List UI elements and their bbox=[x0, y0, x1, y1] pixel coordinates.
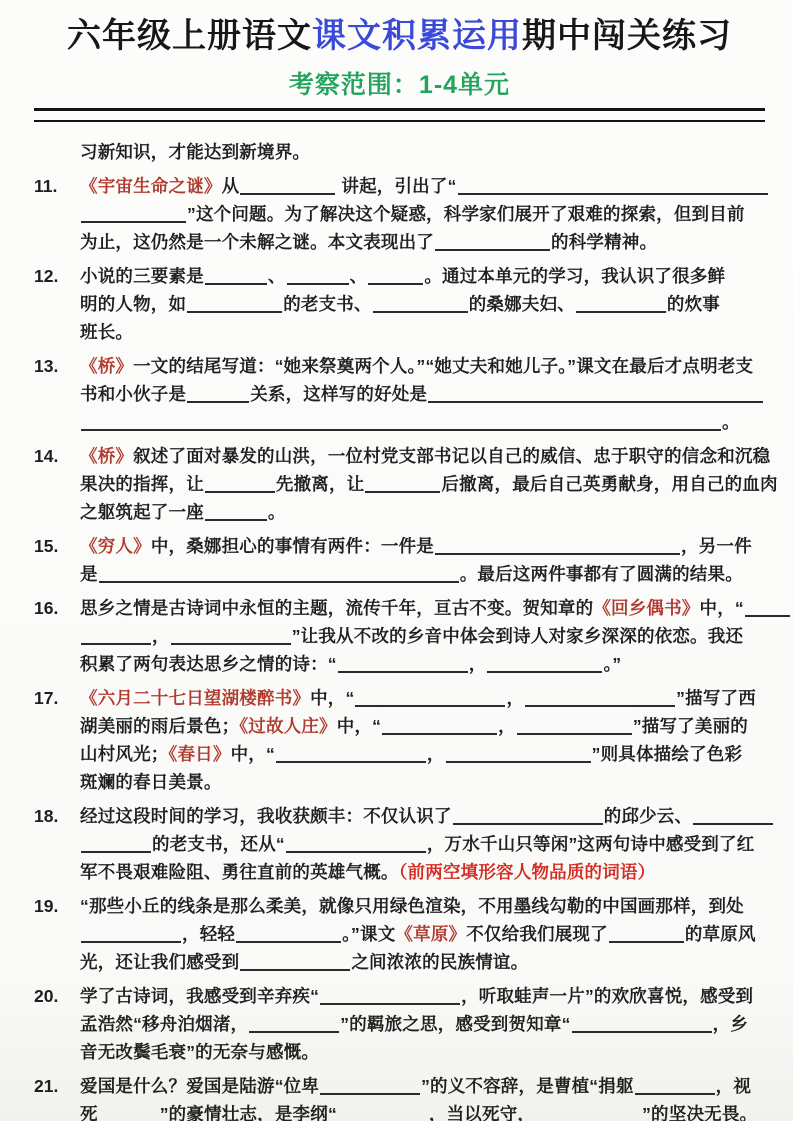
question-text: ，另一件 bbox=[681, 536, 752, 556]
fill-blank bbox=[320, 988, 460, 1005]
question-body: “那些小丘的线条是那么柔美，就像只用绿色渲染，不用墨线勾勒的中国画那样，到处，轻… bbox=[80, 892, 769, 976]
note-text: （前两空填形容人物品质的词语） bbox=[399, 862, 656, 882]
question-line: 书和小伙子是关系，这样写的好处是 bbox=[80, 380, 769, 408]
question-text: 之间浓浓的民族情谊。 bbox=[351, 952, 528, 972]
question-number: 19. bbox=[30, 892, 80, 920]
question-number: 21. bbox=[30, 1072, 80, 1100]
title-prefix: 六年级上册语文 bbox=[67, 17, 312, 55]
question-line: 爱国是什么？爱国是陆游“位卑”的义不容辞，是曹植“捐躯，视 bbox=[80, 1072, 769, 1100]
book-title: 《六月二十七日望湖楼醉书》 bbox=[80, 688, 310, 708]
fill-blank bbox=[81, 926, 181, 943]
title-highlight: 课文积累运用 bbox=[312, 17, 522, 55]
fill-blank bbox=[187, 296, 282, 313]
question-text: ”则具体描绘了色彩 bbox=[592, 744, 743, 764]
question-text: 不仅给我们展现了 bbox=[466, 924, 608, 944]
question-text: ”让我从不改的乡音中体会到诗人对家乡深深的依恋。我还 bbox=[292, 626, 743, 646]
question-body: 习新知识，才能达到新境界。 bbox=[80, 138, 769, 166]
question-text: 爱国是什么？爱国是陆游“位卑 bbox=[80, 1076, 319, 1096]
question-body: 《桥》叙述了面对暴发的山洪，一位村党支部书记以自己的威信、忠于职守的信念和沉稳果… bbox=[80, 442, 769, 526]
question-item: 18.经过这段时间的学习，我收获颇丰：不仅认识了的邱少云、的老支书，还从“，万水… bbox=[30, 802, 769, 886]
question-line: 思乡之情是古诗词中永恒的主题，流传千年，亘古不变。贺知章的《回乡偶书》中，“ bbox=[80, 594, 769, 622]
question-body: 《六月二十七日望湖楼醉书》中，“，”描写了西湖美丽的雨后景色；《过故人庄》中，“… bbox=[80, 684, 769, 796]
question-number: 17. bbox=[30, 684, 80, 712]
question-text: 。”课文 bbox=[342, 924, 395, 944]
question-line: 《宇宙生命之谜》从 讲起，引出了“ bbox=[80, 172, 769, 200]
question-number: 16. bbox=[30, 594, 80, 622]
question-text: 学了古诗词，我感受到辛弃疾“ bbox=[80, 986, 319, 1006]
question-text: ，当以死守， bbox=[429, 1104, 535, 1121]
fill-blank bbox=[446, 746, 591, 763]
question-text: 军不畏艰难险阻、勇往直前的英雄气概。 bbox=[80, 862, 399, 882]
question-text: 湖美丽的雨后景色； bbox=[80, 716, 239, 736]
question-text: 。通过本单元的学习，我认识了很多鲜 bbox=[424, 266, 725, 286]
book-title: 《草原》 bbox=[395, 924, 466, 944]
question-text: 之躯筑起了一座 bbox=[80, 502, 204, 522]
page-title: 六年级上册语文课文积累运用期中闯关练习 bbox=[30, 16, 769, 57]
question-text: 书和小伙子是 bbox=[80, 384, 186, 404]
question-text: 音无改鬓毛衰”的无奈与感慨。 bbox=[80, 1042, 319, 1062]
question-text: 中，“ bbox=[700, 598, 744, 618]
fill-blank bbox=[453, 808, 603, 825]
question-text: ，视 bbox=[716, 1076, 751, 1096]
question-text: 一文的结尾写道：“她来祭奠两个人。”“她丈夫和她儿子。”课文在最后才点明老支 bbox=[133, 356, 753, 376]
question-item: 15.《穷人》中，桑娜担心的事情有两件：一件是，另一件是。最后这两件事都有了圆满… bbox=[30, 532, 769, 588]
question-text: 先撤离，让 bbox=[276, 474, 365, 494]
fill-blank bbox=[365, 476, 440, 493]
question-body: 《桥》一文的结尾写道：“她来祭奠两个人。”“她丈夫和她儿子。”课文在最后才点明老… bbox=[80, 352, 769, 436]
question-text: “那些小丘的线条是那么柔美，就像只用绿色渲染，不用墨线勾勒的中国画那样，到处 bbox=[80, 896, 744, 916]
question-text: 的桑娜夫妇、 bbox=[469, 294, 575, 314]
question-line: 死”的豪情壮志，是李纲“，当以死守，”的坚决无畏。 bbox=[80, 1100, 769, 1121]
question-text: ”描写了西 bbox=[676, 688, 756, 708]
fill-blank bbox=[276, 746, 426, 763]
question-line: “那些小丘的线条是那么柔美，就像只用绿色渲染，不用墨线勾勒的中国画那样，到处 bbox=[80, 892, 769, 920]
book-title: 《回乡偶书》 bbox=[593, 598, 699, 618]
question-text: 叙述了面对暴发的山洪，一位村党支部书记以自己的威信、忠于职守的信念和沉稳 bbox=[133, 446, 770, 466]
question-item: 20.学了古诗词，我感受到辛弃疾“，听取蛙声一片”的欢欣喜悦，感受到孟浩然“移舟… bbox=[30, 982, 769, 1066]
book-title: 《春日》 bbox=[169, 744, 231, 764]
question-line: 音无改鬓毛衰”的无奈与感慨。 bbox=[80, 1038, 769, 1066]
question-text: ， bbox=[427, 744, 445, 764]
question-text: 的老支书，还从“ bbox=[152, 834, 285, 854]
question-item: 13.《桥》一文的结尾写道：“她来祭奠两个人。”“她丈夫和她儿子。”课文在最后才… bbox=[30, 352, 769, 436]
question-number: 11. bbox=[30, 172, 80, 200]
question-item: 11.《宇宙生命之谜》从 讲起，引出了“”这个问题。为了解决这个疑惑，科学家们展… bbox=[30, 172, 769, 256]
fill-blank bbox=[435, 538, 680, 555]
fill-blank bbox=[373, 296, 468, 313]
question-item: 21.爱国是什么？爱国是陆游“位卑”的义不容辞，是曹植“捐躯，视死”的豪情壮志，… bbox=[30, 1072, 769, 1121]
question-text: 死 bbox=[80, 1104, 98, 1121]
fill-blank bbox=[249, 1016, 339, 1033]
fill-blank bbox=[338, 1106, 428, 1121]
book-title: 《过故人庄》 bbox=[239, 716, 336, 736]
page-subtitle: 考察范围：1-4单元 bbox=[30, 65, 769, 101]
fill-blank bbox=[368, 268, 423, 285]
question-text: 后撤离，最后自己英勇献身，用自己的血肉 bbox=[441, 474, 777, 494]
title-suffix: 期中闯关练习 bbox=[522, 17, 732, 55]
fill-blank bbox=[435, 234, 550, 251]
fill-blank bbox=[745, 600, 790, 617]
question-line: 果决的指挥，让先撤离，让后撤离，最后自己英勇献身，用自己的血肉 bbox=[80, 470, 769, 498]
question-body: 经过这段时间的学习，我收获颇丰：不仅认识了的邱少云、的老支书，还从“，万水千山只… bbox=[80, 802, 769, 886]
question-text: ”这个问题。为了解决这个疑惑，科学家们展开了艰难的探索，但到目前 bbox=[187, 204, 745, 224]
question-line: ，轻轻。”课文《草原》不仅给我们展现了的草原风 bbox=[80, 920, 769, 948]
question-line: 。 bbox=[80, 408, 769, 436]
fill-blank bbox=[286, 836, 426, 853]
question-text: ，轻轻 bbox=[182, 924, 235, 944]
question-line: 《六月二十七日望湖楼醉书》中，“，”描写了西 bbox=[80, 684, 769, 712]
question-number: 14. bbox=[30, 442, 80, 470]
question-text: 山村风光； bbox=[80, 744, 169, 764]
question-text: ”的坚决无畏。 bbox=[642, 1104, 757, 1121]
question-line: 之躯筑起了一座。 bbox=[80, 498, 769, 526]
question-text: 的科学精神。 bbox=[551, 232, 657, 252]
fill-blank bbox=[382, 718, 497, 735]
fill-blank bbox=[576, 296, 666, 313]
question-text: 思乡之情是古诗词中永恒的主题，流传千年，亘古不变。贺知章的 bbox=[80, 598, 593, 618]
question-text: 。 bbox=[268, 502, 286, 522]
fill-blank bbox=[428, 386, 763, 403]
fill-blank bbox=[81, 836, 151, 853]
fill-blank bbox=[240, 954, 350, 971]
fill-blank bbox=[536, 1106, 641, 1121]
fill-blank bbox=[205, 268, 267, 285]
question-body: 思乡之情是古诗词中永恒的主题，流传千年，亘古不变。贺知章的《回乡偶书》中，“，”… bbox=[80, 594, 769, 678]
question-line: 湖美丽的雨后景色；《过故人庄》中，“，”描写了美丽的 bbox=[80, 712, 769, 740]
book-title: 《桥》 bbox=[80, 356, 133, 376]
book-title: 《宇宙生命之谜》 bbox=[80, 176, 222, 196]
question-text: ”的义不容辞，是曹植“捐躯 bbox=[421, 1076, 634, 1096]
question-text: 的草原风 bbox=[685, 924, 756, 944]
question-body: 小说的三要素是、、。通过本单元的学习，我认识了很多鲜明的人物，如的老支书、的桑娜… bbox=[80, 262, 769, 346]
question-text: ， bbox=[506, 688, 524, 708]
question-body: 《穷人》中，桑娜担心的事情有两件：一件是，另一件是。最后这两件事都有了圆满的结果… bbox=[80, 532, 769, 588]
fill-blank bbox=[287, 268, 349, 285]
fill-blank bbox=[171, 628, 291, 645]
question-text: 积累了两句表达思乡之情的诗：“ bbox=[80, 654, 337, 674]
question-text: 、 bbox=[268, 266, 286, 286]
question-text: 中，桑娜担心的事情有两件：一件是 bbox=[151, 536, 434, 556]
question-text: ， bbox=[469, 654, 487, 674]
question-text: 。 bbox=[722, 412, 740, 432]
question-number: 20. bbox=[30, 982, 80, 1010]
question-text: 。最后这两件事都有了圆满的结果。 bbox=[460, 564, 743, 584]
question-line: 光，还让我们感受到之间浓浓的民族情谊。 bbox=[80, 948, 769, 976]
question-line: 为止，这仍然是一个未解之谜。本文表现出了的科学精神。 bbox=[80, 228, 769, 256]
question-item: 19.“那些小丘的线条是那么柔美，就像只用绿色渲染，不用墨线勾勒的中国画那样，到… bbox=[30, 892, 769, 976]
question-line: 积累了两句表达思乡之情的诗：“，。” bbox=[80, 650, 769, 678]
question-text: 小说的三要素是 bbox=[80, 266, 204, 286]
question-line: 军不畏艰难险阻、勇往直前的英雄气概。（前两空填形容人物品质的词语） bbox=[80, 858, 769, 886]
question-text: ，听取蛙声一片”的欢欣喜悦，感受到 bbox=[461, 986, 753, 1006]
carryover-line: 习新知识，才能达到新境界。 bbox=[30, 138, 769, 166]
fill-blank bbox=[458, 178, 768, 195]
question-line: 孟浩然“移舟泊烟渚，”的羁旅之思，感受到贺知章“，乡 bbox=[80, 1010, 769, 1038]
fill-blank bbox=[81, 628, 151, 645]
question-body: 爱国是什么？爱国是陆游“位卑”的义不容辞，是曹植“捐躯，视死”的豪情壮志，是李纲… bbox=[80, 1072, 769, 1121]
question-text: 光，还让我们感受到 bbox=[80, 952, 239, 972]
question-item: 12.小说的三要素是、、。通过本单元的学习，我认识了很多鲜明的人物，如的老支书、… bbox=[30, 262, 769, 346]
fill-blank bbox=[525, 690, 675, 707]
question-line: 《穷人》中，桑娜担心的事情有两件：一件是，另一件 bbox=[80, 532, 769, 560]
question-item: 16.思乡之情是古诗词中永恒的主题，流传千年，亘古不变。贺知章的《回乡偶书》中，… bbox=[30, 594, 769, 678]
question-line: 小说的三要素是、、。通过本单元的学习，我认识了很多鲜 bbox=[80, 262, 769, 290]
question-body: 《宇宙生命之谜》从 讲起，引出了“”这个问题。为了解决这个疑惑，科学家们展开了艰… bbox=[80, 172, 769, 256]
question-text: 从 bbox=[222, 176, 240, 196]
question-line: 班长。 bbox=[80, 318, 769, 346]
book-title: 《穷人》 bbox=[80, 536, 151, 556]
fill-blank bbox=[81, 414, 721, 431]
book-title: 《桥》 bbox=[80, 446, 133, 466]
question-line: 《桥》一文的结尾写道：“她来祭奠两个人。”“她丈夫和她儿子。”课文在最后才点明老… bbox=[80, 352, 769, 380]
question-line: 学了古诗词，我感受到辛弃疾“，听取蛙声一片”的欢欣喜悦，感受到 bbox=[80, 982, 769, 1010]
question-text: 果决的指挥，让 bbox=[80, 474, 204, 494]
question-text: ， bbox=[152, 626, 170, 646]
question-line: ”这个问题。为了解决这个疑惑，科学家们展开了艰难的探索，但到目前 bbox=[80, 200, 769, 228]
question-text: 的邱少云、 bbox=[604, 806, 693, 826]
question-text: 是 bbox=[80, 564, 98, 584]
fill-blank bbox=[635, 1078, 715, 1095]
question-item: 14.《桥》叙述了面对暴发的山洪，一位村党支部书记以自己的威信、忠于职守的信念和… bbox=[30, 442, 769, 526]
question-text: 的老支书、 bbox=[283, 294, 372, 314]
fill-blank bbox=[487, 656, 602, 673]
question-line: 经过这段时间的学习，我收获颇丰：不仅认识了的邱少云、 bbox=[80, 802, 769, 830]
question-text: 习新知识，才能达到新境界。 bbox=[80, 142, 310, 162]
question-text: 、 bbox=[350, 266, 368, 286]
fill-blank bbox=[99, 566, 459, 583]
question-line: 斑斓的春日美景。 bbox=[80, 768, 769, 796]
question-line: 明的人物，如的老支书、的桑娜夫妇、的炊事 bbox=[80, 290, 769, 318]
question-line: 的老支书，还从“，万水千山只等闲”这两句诗中感受到了红 bbox=[80, 830, 769, 858]
question-number: 13. bbox=[30, 352, 80, 380]
question-number: 15. bbox=[30, 532, 80, 560]
fill-blank bbox=[320, 1078, 420, 1095]
fill-blank bbox=[187, 386, 249, 403]
fill-blank bbox=[338, 656, 468, 673]
question-text: 明的人物，如 bbox=[80, 294, 186, 314]
fill-blank bbox=[205, 476, 275, 493]
question-line: ，”让我从不改的乡音中体会到诗人对家乡深深的依恋。我还 bbox=[80, 622, 769, 650]
question-text: ”的豪情壮志，是李纲“ bbox=[160, 1104, 337, 1121]
fill-blank bbox=[205, 504, 267, 521]
fill-blank bbox=[99, 1106, 159, 1121]
question-number: 12. bbox=[30, 262, 80, 290]
question-body: 学了古诗词，我感受到辛弃疾“，听取蛙声一片”的欢欣喜悦，感受到孟浩然“移舟泊烟渚… bbox=[80, 982, 769, 1066]
fill-blank bbox=[236, 926, 341, 943]
fill-blank bbox=[517, 718, 632, 735]
question-number: 18. bbox=[30, 802, 80, 830]
question-text: 中，“ bbox=[310, 688, 354, 708]
question-text: 经过这段时间的学习，我收获颇丰：不仅认识了 bbox=[80, 806, 452, 826]
question-text: ”的羁旅之思，感受到贺知章“ bbox=[340, 1014, 570, 1034]
question-text: ”描写了美丽的 bbox=[633, 716, 748, 736]
question-text: 为止，这仍然是一个未解之谜。本文表现出了 bbox=[80, 232, 434, 252]
fill-blank bbox=[609, 926, 684, 943]
worksheet-page: 六年级上册语文课文积累运用期中闯关练习 考察范围：1-4单元 习新知识，才能达到… bbox=[0, 0, 793, 1121]
question-text: 。” bbox=[603, 654, 621, 674]
fill-blank bbox=[81, 206, 186, 223]
question-text: 中，“ bbox=[231, 744, 275, 764]
question-text: ，万水千山只等闲”这两句诗中感受到了红 bbox=[427, 834, 755, 854]
question-text: 孟浩然“移舟泊烟渚， bbox=[80, 1014, 248, 1034]
question-text: ，乡 bbox=[713, 1014, 748, 1034]
question-text: 斑斓的春日美景。 bbox=[80, 772, 222, 792]
fill-blank bbox=[693, 808, 773, 825]
question-text: 关系，这样写的好处是 bbox=[250, 384, 427, 404]
fill-blank bbox=[355, 690, 505, 707]
question-line: 《桥》叙述了面对暴发的山洪，一位村党支部书记以自己的威信、忠于职守的信念和沉稳 bbox=[80, 442, 769, 470]
question-line: 是。最后这两件事都有了圆满的结果。 bbox=[80, 560, 769, 588]
question-item: 17.《六月二十七日望湖楼醉书》中，“，”描写了西湖美丽的雨后景色；《过故人庄》… bbox=[30, 684, 769, 796]
question-text: 讲起，引出了“ bbox=[336, 176, 456, 196]
question-text: ， bbox=[498, 716, 516, 736]
question-text: 中，“ bbox=[337, 716, 381, 736]
question-line: 习新知识，才能达到新境界。 bbox=[80, 138, 769, 166]
question-line: 山村风光；《春日》中，“，”则具体描绘了色彩 bbox=[80, 740, 769, 768]
questions: 习新知识，才能达到新境界。11.《宇宙生命之谜》从 讲起，引出了“”这个问题。为… bbox=[30, 138, 769, 1121]
fill-blank bbox=[240, 178, 335, 195]
fill-blank bbox=[572, 1016, 712, 1033]
header-divider bbox=[34, 108, 765, 122]
question-text: 班长。 bbox=[80, 322, 133, 342]
question-text: 的炊事 bbox=[667, 294, 720, 314]
